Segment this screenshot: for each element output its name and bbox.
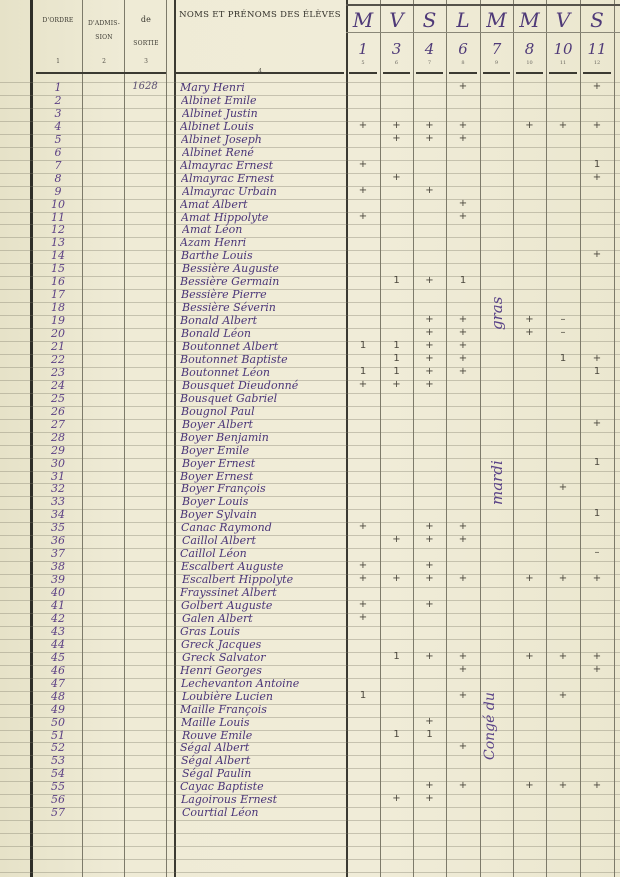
attendance-mark: +: [556, 690, 570, 701]
column-rule: [82, 0, 83, 877]
attendance-mark: 1: [390, 353, 404, 364]
day-date: 3: [380, 40, 413, 58]
attendance-mark: 1: [390, 340, 404, 351]
column-rule: [413, 0, 414, 877]
attendance-mark: +: [456, 521, 470, 532]
header-admission: D'ADMIS-SION: [84, 17, 124, 45]
attendance-mark: +: [590, 664, 604, 675]
attendance-mark: 1: [356, 366, 370, 377]
attendance-mark: +: [456, 366, 470, 377]
row-order-number: 26: [36, 405, 80, 418]
student-name: Boyer Albert: [182, 418, 352, 431]
attendance-mark: +: [423, 366, 437, 377]
row-order-number: 15: [36, 262, 80, 275]
header-underline: [349, 72, 377, 74]
student-name: Albinet René: [182, 146, 352, 159]
student-name: Albinet Justin: [182, 107, 352, 120]
attendance-mark: +: [456, 327, 470, 338]
student-name: Ségal Albert: [180, 741, 350, 754]
row-order-number: 7: [36, 159, 80, 172]
attendance-mark: +: [556, 482, 570, 493]
row-order-number: 24: [36, 379, 80, 392]
student-name: Albinet Joseph: [181, 133, 351, 146]
row-order-number: 18: [36, 301, 80, 314]
row-order-number: 9: [36, 185, 80, 198]
attendance-mark: +: [423, 379, 437, 390]
attendance-mark: +: [356, 211, 370, 222]
student-name: Bessière Germain: [180, 275, 350, 288]
column-rule: [446, 0, 447, 877]
row-order-number: 34: [36, 508, 80, 521]
row-order-number: 4: [36, 120, 80, 133]
ruled-line: [0, 872, 620, 873]
attendance-mark: 1: [423, 729, 437, 740]
vertical-annotation: mardi: [488, 460, 506, 505]
column-rule: [614, 0, 615, 877]
student-name: Boutonnet Léon: [181, 366, 351, 379]
day-header-divider: [346, 32, 620, 33]
student-name: Boyer Sylvain: [180, 508, 350, 521]
vertical-annotation: Congé du: [482, 692, 498, 760]
attendance-mark: 1: [390, 366, 404, 377]
attendance-mark: +: [456, 534, 470, 545]
day-date: 4: [413, 40, 446, 58]
attendance-mark: +: [556, 573, 570, 584]
attendance-mark: +: [456, 780, 470, 791]
row-order-number: 12: [36, 223, 80, 236]
row-order-number: 19: [36, 314, 80, 327]
attendance-mark: 1: [390, 651, 404, 662]
row-order-number: 46: [36, 664, 80, 677]
attendance-mark: +: [356, 560, 370, 571]
row-order-number: 30: [36, 457, 80, 470]
attendance-mark: +: [423, 599, 437, 610]
header-underline: [383, 72, 410, 74]
attendance-mark: +: [356, 573, 370, 584]
attendance-mark: +: [390, 534, 404, 545]
attendance-mark: +: [356, 599, 370, 610]
day-letter: S: [580, 8, 614, 32]
student-name: Lechevanton Antoine: [181, 677, 351, 690]
student-name: Boyer Emile: [181, 444, 351, 457]
attendance-mark: –: [590, 547, 604, 558]
attendance-mark: +: [423, 353, 437, 364]
attendance-mark: +: [390, 133, 404, 144]
student-name: Amat Albert: [180, 198, 350, 211]
day-letter: M: [513, 8, 546, 32]
row-order-number: 41: [36, 599, 80, 612]
attendance-mark: +: [423, 651, 437, 662]
student-name: Bessière Séverin: [182, 301, 352, 314]
row-order-number: 45: [36, 651, 80, 664]
attendance-mark: +: [423, 793, 437, 804]
attendance-mark: +: [390, 120, 404, 131]
attendance-mark: +: [556, 780, 570, 791]
column-rule: [480, 0, 481, 877]
attendance-mark: +: [423, 573, 437, 584]
attendance-mark: +: [390, 793, 404, 804]
attendance-mark: 1: [390, 729, 404, 740]
day-letter: V: [380, 8, 413, 32]
student-name: Bessière Auguste: [182, 262, 352, 275]
header-names: NOMS ET PRÉNOMS DES ÉLÈVES: [175, 10, 345, 20]
attendance-mark: +: [556, 120, 570, 131]
header-sortie: SORTIE: [126, 40, 166, 47]
row-order-number: 44: [36, 638, 80, 651]
row-order-number: 14: [36, 249, 80, 262]
student-name: Boyer Ernest: [182, 457, 352, 470]
student-name: Boutonnet Baptiste: [180, 353, 350, 366]
attendance-mark: +: [456, 314, 470, 325]
student-name: Henri Georges: [180, 664, 350, 677]
header-ordre: D'ORDRE: [36, 17, 80, 24]
column-rule: [513, 0, 514, 877]
row-order-number: 5: [36, 133, 80, 146]
attendance-mark: +: [456, 133, 470, 144]
ruled-line: [0, 859, 620, 860]
row-order-number: 55: [36, 780, 80, 793]
student-name: Amat Léon: [182, 223, 352, 236]
student-name: Albinet Louis: [180, 120, 350, 133]
header-underline: [176, 72, 344, 74]
day-column-number: 10: [513, 60, 546, 66]
header-colnum-1: 1: [36, 58, 80, 65]
admission-value: 1628: [115, 81, 175, 92]
row-order-number: 25: [36, 392, 80, 405]
attendance-mark: +: [590, 573, 604, 584]
attendance-mark: +: [590, 418, 604, 429]
attendance-mark: 1: [456, 275, 470, 286]
ruled-line: [0, 820, 620, 821]
day-date: 7: [480, 40, 513, 58]
attendance-mark: +: [423, 327, 437, 338]
top-rule: [346, 4, 620, 6]
row-order-number: 35: [36, 521, 80, 534]
header-colnum-2: 2: [84, 58, 124, 65]
binding-spine: [30, 0, 33, 877]
student-name: Frayssinet Albert: [180, 586, 350, 599]
day-letter: S: [413, 8, 446, 32]
attendance-mark: +: [390, 573, 404, 584]
student-name: Greck Salvator: [182, 651, 352, 664]
attendance-mark: 1: [590, 366, 604, 377]
student-name: Bousquet Dieudonné: [182, 379, 352, 392]
attendance-mark: +: [556, 651, 570, 662]
student-name: Azam Henri: [180, 236, 350, 249]
day-letter: M: [346, 8, 380, 32]
row-order-number: 47: [36, 677, 80, 690]
row-order-number: 40: [36, 586, 80, 599]
column-rule: [166, 0, 167, 877]
row-order-number: 16: [36, 275, 80, 288]
attendance-mark: +: [456, 573, 470, 584]
attendance-mark: +: [423, 521, 437, 532]
attendance-mark: +: [456, 81, 470, 92]
day-letter: V: [546, 8, 580, 32]
student-name: Caillol Albert: [182, 534, 352, 547]
row-order-number: 43: [36, 625, 80, 638]
student-name: Bessière Pierre: [181, 288, 351, 301]
student-name: Boyer François: [181, 482, 351, 495]
header-colnum-3: 3: [126, 58, 166, 65]
attendance-mark: +: [423, 534, 437, 545]
student-name: Albinet Emile: [181, 94, 351, 107]
day-letter: M: [480, 8, 513, 32]
attendance-mark: 1: [590, 457, 604, 468]
attendance-mark: +: [423, 120, 437, 131]
row-order-number: 33: [36, 495, 80, 508]
header-underline: [416, 72, 443, 74]
attendance-mark: +: [590, 780, 604, 791]
day-column-number: 8: [446, 60, 480, 66]
attendance-mark: +: [423, 780, 437, 791]
row-order-number: 53: [36, 754, 80, 767]
row-order-number: 8: [36, 172, 80, 185]
day-date: 8: [513, 40, 546, 58]
header-underline: [549, 72, 577, 74]
attendance-mark: +: [456, 340, 470, 351]
day-date: 10: [546, 40, 580, 58]
row-order-number: 37: [36, 547, 80, 560]
student-name: Bonald Léon: [181, 327, 351, 340]
column-rule: [124, 0, 125, 877]
attendance-mark: 1: [390, 275, 404, 286]
row-order-number: 6: [36, 146, 80, 159]
student-name: Gras Louis: [180, 625, 350, 638]
student-name: Bonald Albert: [180, 314, 350, 327]
attendance-mark: +: [423, 716, 437, 727]
day-date: 1: [346, 40, 380, 58]
student-name: Boutonnet Albert: [182, 340, 352, 353]
attendance-mark: +: [590, 120, 604, 131]
student-name: Lagoirous Ernest: [181, 793, 351, 806]
student-name: Caillol Léon: [180, 547, 350, 560]
header-underline: [583, 72, 611, 74]
student-name: Boyer Benjamin: [180, 431, 350, 444]
student-name: Canac Raymond: [181, 521, 351, 534]
column-rule: [580, 0, 581, 877]
attendance-mark: +: [423, 340, 437, 351]
attendance-mark: +: [456, 690, 470, 701]
day-column-number: 5: [346, 60, 380, 66]
attendance-mark: 1: [590, 508, 604, 519]
row-order-number: 56: [36, 793, 80, 806]
day-column-number: 6: [380, 60, 413, 66]
row-order-number: 32: [36, 482, 80, 495]
student-name: Bougnol Paul: [181, 405, 351, 418]
student-name: Almayrac Ernest: [180, 159, 350, 172]
student-name: Bousquet Gabriel: [180, 392, 350, 405]
row-order-number: 57: [36, 806, 80, 819]
attendance-mark: +: [423, 560, 437, 571]
row-order-number: 50: [36, 716, 80, 729]
row-order-number: 54: [36, 767, 80, 780]
attendance-mark: +: [356, 185, 370, 196]
row-order-number: 27: [36, 418, 80, 431]
row-order-number: 52: [36, 741, 80, 754]
attendance-mark: +: [356, 159, 370, 170]
ruled-line: [0, 846, 620, 847]
row-order-number: 2: [36, 94, 80, 107]
ruled-line: [0, 833, 620, 834]
attendance-mark: +: [590, 249, 604, 260]
attendance-mark: +: [523, 573, 537, 584]
row-order-number: 38: [36, 560, 80, 573]
attendance-mark: +: [423, 185, 437, 196]
row-order-number: 49: [36, 703, 80, 716]
register-page: D'ORDRE D'ADMIS-SION de SORTIE NOMS ET P…: [0, 0, 620, 877]
student-name: Almayrac Ernest: [181, 172, 351, 185]
row-order-number: 21: [36, 340, 80, 353]
attendance-mark: 1: [590, 159, 604, 170]
student-name: Loubière Lucien: [182, 690, 352, 703]
day-date: 11: [580, 40, 614, 58]
attendance-mark: 1: [356, 340, 370, 351]
attendance-mark: +: [456, 651, 470, 662]
attendance-mark: +: [390, 379, 404, 390]
row-order-number: 17: [36, 288, 80, 301]
attendance-mark: +: [356, 379, 370, 390]
attendance-mark: +: [456, 120, 470, 131]
attendance-mark: +: [590, 172, 604, 183]
attendance-mark: +: [456, 664, 470, 675]
row-order-number: 23: [36, 366, 80, 379]
attendance-mark: +: [423, 314, 437, 325]
student-name: Greck Jacques: [181, 638, 351, 651]
attendance-mark: +: [356, 521, 370, 532]
row-order-number: 42: [36, 612, 80, 625]
header-underline: [449, 72, 477, 74]
student-name: Cayac Baptiste: [180, 780, 350, 793]
attendance-mark: +: [523, 780, 537, 791]
student-name: Ségal Paulin: [182, 767, 352, 780]
row-order-number: 20: [36, 327, 80, 340]
day-column-number: 11: [546, 60, 580, 66]
student-name: Courtial Léon: [182, 806, 352, 819]
attendance-mark: +: [456, 198, 470, 209]
row-order-number: 48: [36, 690, 80, 703]
row-order-number: 28: [36, 431, 80, 444]
attendance-mark: +: [356, 612, 370, 623]
attendance-mark: +: [523, 651, 537, 662]
day-column-number: 9: [480, 60, 513, 66]
attendance-mark: +: [590, 353, 604, 364]
day-letter: L: [446, 8, 480, 32]
student-name: Maille Louis: [181, 716, 351, 729]
day-column-number: 7: [413, 60, 446, 66]
row-order-number: 39: [36, 573, 80, 586]
student-name: Galen Albert: [182, 612, 352, 625]
attendance-mark: +: [423, 133, 437, 144]
student-name: Boyer Louis: [182, 495, 352, 508]
attendance-mark: –: [556, 314, 570, 325]
student-name: Maille François: [180, 703, 350, 716]
row-order-number: 1: [36, 81, 80, 94]
attendance-mark: +: [390, 172, 404, 183]
row-order-number: 22: [36, 353, 80, 366]
attendance-mark: +: [523, 120, 537, 131]
student-name: Almayrac Urbain: [182, 185, 352, 198]
row-order-number: 29: [36, 444, 80, 457]
attendance-mark: +: [523, 314, 537, 325]
row-order-number: 10: [36, 198, 80, 211]
attendance-mark: 1: [556, 353, 570, 364]
vertical-annotation: gras: [488, 297, 506, 330]
student-name: Escalbert Auguste: [181, 560, 351, 573]
row-order-number: 3: [36, 107, 80, 120]
attendance-mark: +: [456, 741, 470, 752]
column-rule: [380, 0, 381, 877]
header-underline: [483, 72, 510, 74]
header-underline: [36, 72, 166, 74]
student-name: Mary Henri: [180, 81, 350, 94]
attendance-mark: –: [556, 327, 570, 338]
day-date: 6: [446, 40, 480, 58]
header-sortie-top: de: [126, 15, 166, 24]
column-rule: [174, 0, 176, 877]
column-rule: [546, 0, 547, 877]
student-name: Barthe Louis: [181, 249, 351, 262]
attendance-mark: +: [423, 275, 437, 286]
row-order-number: 36: [36, 534, 80, 547]
attendance-mark: 1: [356, 690, 370, 701]
student-name: Escalbert Hippolyte: [182, 573, 352, 586]
day-column-number: 12: [580, 60, 614, 66]
header-underline: [516, 72, 543, 74]
attendance-mark: +: [590, 81, 604, 92]
student-name: Golbert Auguste: [181, 599, 351, 612]
attendance-mark: +: [356, 120, 370, 131]
attendance-mark: +: [456, 211, 470, 222]
attendance-mark: +: [523, 327, 537, 338]
student-name: Ségal Albert: [181, 754, 351, 767]
row-order-number: 13: [36, 236, 80, 249]
attendance-mark: +: [590, 651, 604, 662]
attendance-mark: +: [456, 353, 470, 364]
